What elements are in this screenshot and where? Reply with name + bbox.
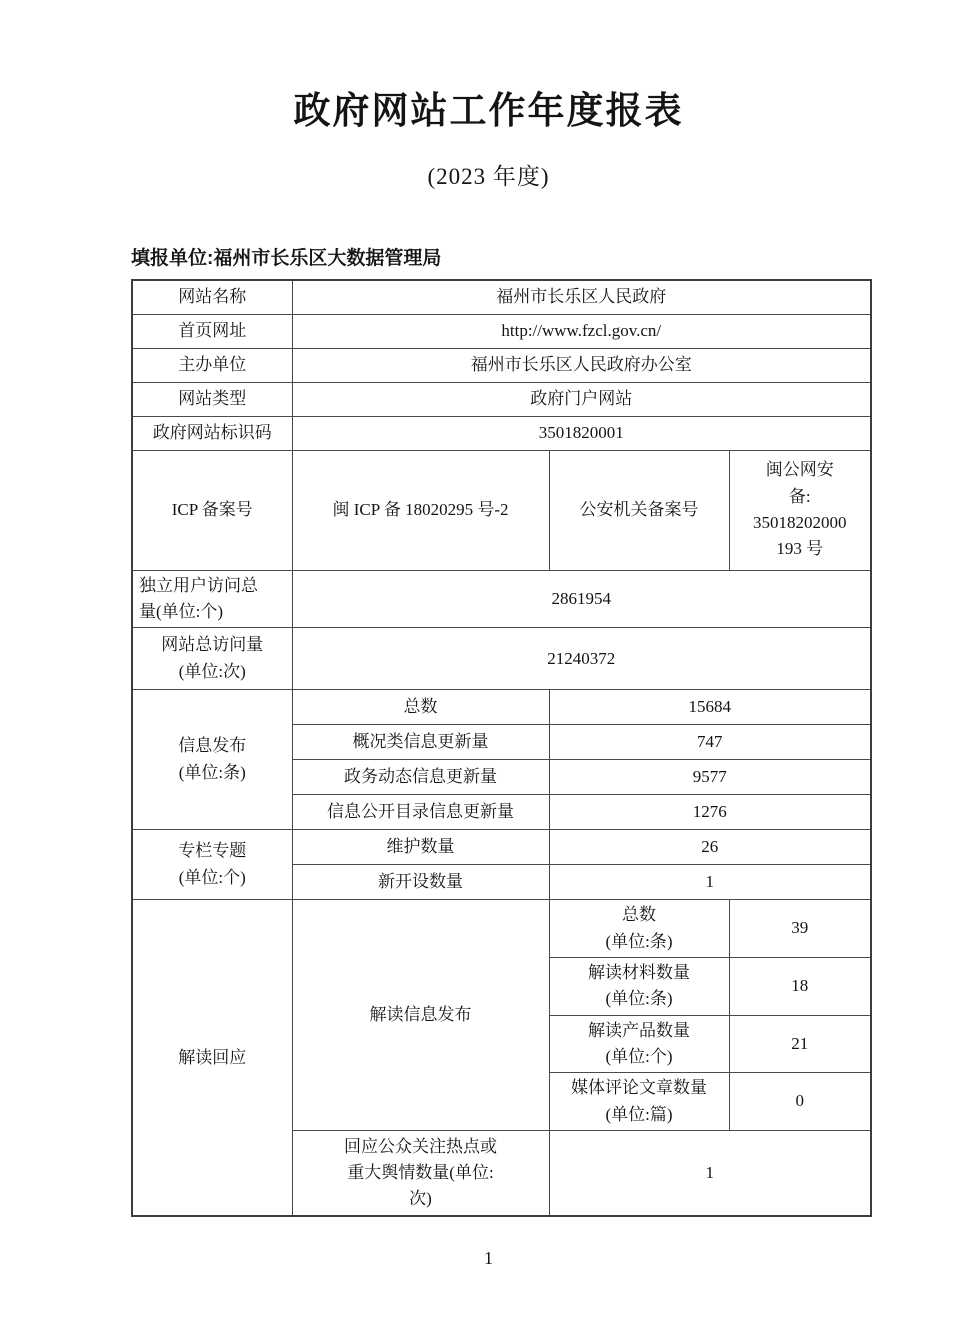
info-release-label: 信息发布 (单位:条): [132, 690, 292, 830]
organizer-label: 主办单位: [132, 348, 292, 382]
special-columns-item-label: 新开设数量: [292, 865, 549, 900]
special-columns-item-value: 1: [549, 865, 871, 900]
row-icp: ICP 备案号 闽 ICP 备 18020295 号-2 公安机关备案号 闽公网…: [132, 450, 871, 570]
public-response-value: 1: [549, 1130, 871, 1216]
site-code-label: 政府网站标识码: [132, 416, 292, 450]
page-subtitle: (2023 年度): [0, 158, 977, 191]
row-interpretation-total: 解读回应 解读信息发布 总数 (单位:条) 39: [132, 900, 871, 958]
info-release-item-value: 1276: [549, 795, 871, 830]
total-visits-value: 21240372: [292, 628, 871, 690]
site-type-value: 政府门户网站: [292, 382, 871, 416]
icp-label: ICP 备案号: [132, 450, 292, 570]
row-home-url: 首页网址 http://www.fzcl.gov.cn/: [132, 314, 871, 348]
site-name-label: 网站名称: [132, 280, 292, 314]
row-site-name: 网站名称 福州市长乐区人民政府: [132, 280, 871, 314]
interpretation-label: 解读回应: [132, 900, 292, 1217]
row-columns-maintained: 专栏专题 (单位:个) 维护数量 26: [132, 830, 871, 865]
page-title: 政府网站工作年度报表: [0, 80, 977, 134]
info-release-item-label: 信息公开目录信息更新量: [292, 795, 549, 830]
interpretation-release-label: 解读信息发布: [292, 900, 549, 1131]
home-url-value: http://www.fzcl.gov.cn/: [292, 314, 871, 348]
info-release-item-value: 747: [549, 725, 871, 760]
row-unique-visitors: 独立用户访问总 量(单位:个) 2861954: [132, 570, 871, 628]
total-visits-label: 网站总访问量 (单位:次): [132, 628, 292, 690]
special-columns-item-label: 维护数量: [292, 830, 549, 865]
row-organizer: 主办单位 福州市长乐区人民政府办公室: [132, 348, 871, 382]
row-site-code: 政府网站标识码 3501820001: [132, 416, 871, 450]
special-columns-label: 专栏专题 (单位:个): [132, 830, 292, 900]
interpretation-item-value: 18: [729, 957, 871, 1015]
public-response-label: 回应公众关注热点或 重大舆情数量(单位: 次): [292, 1130, 549, 1216]
interpretation-item-label: 媒体评论文章数量 (单位:篇): [549, 1073, 729, 1131]
info-release-item-label: 政务动态信息更新量: [292, 760, 549, 795]
interpretation-item-label: 解读产品数量 (单位:个): [549, 1015, 729, 1073]
annual-report-table: 网站名称 福州市长乐区人民政府 首页网址 http://www.fzcl.gov…: [131, 279, 872, 1217]
interpretation-item-value: 0: [729, 1073, 871, 1131]
site-name-value: 福州市长乐区人民政府: [292, 280, 871, 314]
organizer-value: 福州市长乐区人民政府办公室: [292, 348, 871, 382]
row-total-visits: 网站总访问量 (单位:次) 21240372: [132, 628, 871, 690]
info-release-item-label: 概况类信息更新量: [292, 725, 549, 760]
icp-value: 闽 ICP 备 18020295 号-2: [292, 450, 549, 570]
police-filing-label: 公安机关备案号: [549, 450, 729, 570]
info-release-item-value: 9577: [549, 760, 871, 795]
row-site-type: 网站类型 政府门户网站: [132, 382, 871, 416]
report-page: 政府网站工作年度报表 (2023 年度) 填报单位:福州市长乐区大数据管理局 网…: [0, 0, 977, 1325]
interpretation-item-value: 21: [729, 1015, 871, 1073]
interpretation-item-value: 39: [729, 900, 871, 958]
police-filing-value: 闽公网安 备: 35018202000 193 号: [729, 450, 871, 570]
reporting-unit: 填报单位:福州市长乐区大数据管理局: [131, 243, 441, 270]
info-release-item-value: 15684: [549, 690, 871, 725]
interpretation-item-label: 总数 (单位:条): [549, 900, 729, 958]
unique-visitors-value: 2861954: [292, 570, 871, 628]
home-url-label: 首页网址: [132, 314, 292, 348]
page-number: 1: [0, 1248, 977, 1269]
row-info-release-total: 信息发布 (单位:条) 总数 15684: [132, 690, 871, 725]
unique-visitors-label: 独立用户访问总 量(单位:个): [132, 570, 292, 628]
site-type-label: 网站类型: [132, 382, 292, 416]
interpretation-item-label: 解读材料数量 (单位:条): [549, 957, 729, 1015]
special-columns-item-value: 26: [549, 830, 871, 865]
info-release-item-label: 总数: [292, 690, 549, 725]
site-code-value: 3501820001: [292, 416, 871, 450]
